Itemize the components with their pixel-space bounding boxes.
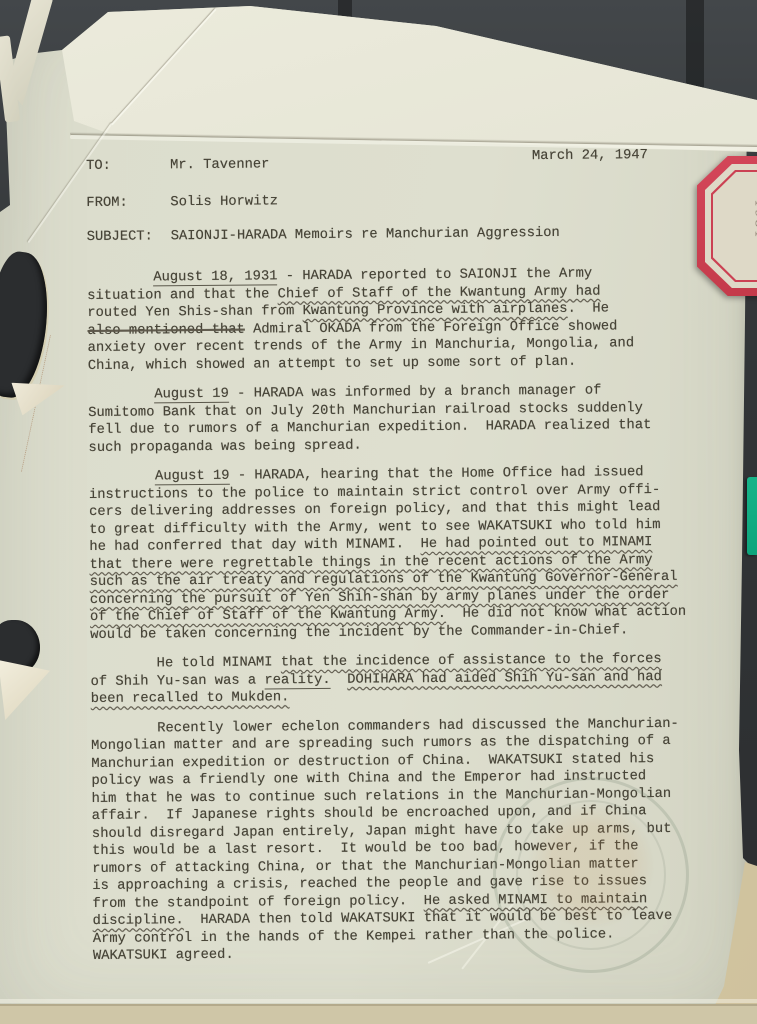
to-label: TO: <box>86 157 170 175</box>
year-tab-label: 1931 <box>752 184 757 256</box>
memo-from-line: FROM:Solis Horwitz <box>86 193 278 212</box>
lower-sheet-edge <box>0 1004 757 1024</box>
year-tab: 1931 <box>697 156 757 296</box>
green-index-tab <box>747 477 757 555</box>
memo-body: August 18, 1931 - HARADA reported to SAI… <box>87 264 733 977</box>
subject-value: SAIONJI-HARADA Memoirs re Manchurian Agg… <box>171 226 560 244</box>
paragraph: August 19 - HARADA, hearing that the Hom… <box>89 463 731 644</box>
from-label: FROM: <box>86 194 170 212</box>
subject-label: SUBJECT: <box>87 228 171 246</box>
memo-date: March 24, 1947 <box>532 147 648 166</box>
year-tab-center <box>713 172 757 280</box>
paragraph: August 18, 1931 - HARADA reported to SAI… <box>87 264 728 375</box>
paragraph: He told MINAMI that the incidence of ass… <box>90 650 730 708</box>
to-value: Mr. Tavenner <box>170 157 269 173</box>
memo-to-line: TO:Mr. Tavenner <box>86 156 270 175</box>
paragraph: August 19 - HARADA was informed by a bra… <box>88 381 729 457</box>
from-value: Solis Horwitz <box>170 194 278 210</box>
paragraph: Recently lower echelon commanders had di… <box>91 715 733 966</box>
